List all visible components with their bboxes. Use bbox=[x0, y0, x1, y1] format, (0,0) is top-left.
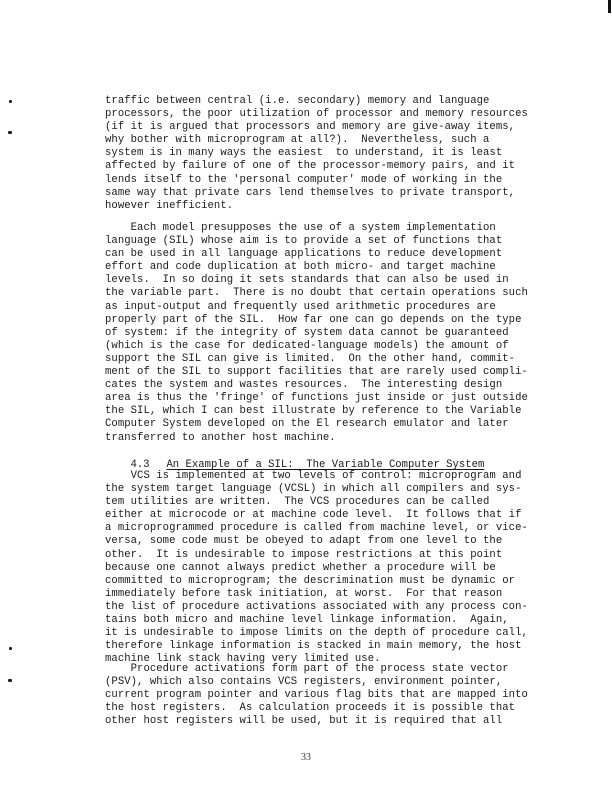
text-line: tem utilities are written. The VCS proce… bbox=[105, 496, 545, 509]
document-page: traffic between central (i.e. secondary)… bbox=[0, 0, 612, 791]
text-line: support the SIL can give is limited. On … bbox=[105, 353, 545, 366]
text-line: properly part of the SIL. How far one ca… bbox=[105, 314, 545, 327]
text-line: however inefficient. bbox=[105, 200, 545, 213]
text-line: (if it is argued that processors and mem… bbox=[105, 121, 545, 134]
page-number: 33 bbox=[0, 752, 612, 763]
text-line: the host registers. As calculation proce… bbox=[105, 702, 545, 715]
text-line: because one cannot always predict whethe… bbox=[105, 562, 545, 575]
text-line: either at microcode or at machine code l… bbox=[105, 509, 545, 522]
text-line: Procedure activations form part of the p… bbox=[105, 663, 545, 676]
text-line: effort and code duplication at both micr… bbox=[105, 261, 545, 274]
paragraph-1: traffic between central (i.e. secondary)… bbox=[105, 95, 545, 213]
text-line: of system: if the integrity of system da… bbox=[105, 327, 545, 340]
text-line: current program pointer and various flag… bbox=[105, 689, 545, 702]
text-line: why bother with microprogram at all?). N… bbox=[105, 134, 545, 147]
margin-dot-mark bbox=[9, 647, 12, 650]
text-line: transferred to another host machine. bbox=[105, 432, 545, 445]
text-line: tains both micro and machine level linka… bbox=[105, 614, 545, 627]
text-line: traffic between central (i.e. secondary)… bbox=[105, 95, 545, 108]
text-line: (which is the case for dedicated-languag… bbox=[105, 340, 545, 353]
text-line: (PSV), which also contains VCS registers… bbox=[105, 676, 545, 689]
text-line: lends itself to the 'personal computer' … bbox=[105, 174, 545, 187]
text-line: cates the system and wastes resources. T… bbox=[105, 379, 545, 392]
text-line: levels. In so doing it sets standards th… bbox=[105, 274, 545, 287]
paragraph-2: Each model presupposes the use of a syst… bbox=[105, 222, 545, 445]
text-line: other. It is undesirable to impose restr… bbox=[105, 549, 545, 562]
text-line: committed to microprogram; the descrimin… bbox=[105, 575, 545, 588]
text-line: Computer System developed on the El rese… bbox=[105, 418, 545, 431]
text-line: it is undesirable to impose limits on th… bbox=[105, 627, 545, 640]
text-line: immediately before task initiation, at w… bbox=[105, 588, 545, 601]
margin-dot-mark bbox=[9, 100, 12, 103]
text-line: affected by failure of one of the proces… bbox=[105, 160, 545, 173]
text-line: area is thus the 'fringe' of functions j… bbox=[105, 392, 545, 405]
text-line: a microprogrammed procedure is called fr… bbox=[105, 522, 545, 535]
text-line: other host registers will be used, but i… bbox=[105, 715, 545, 728]
text-line: the list of procedure activations associ… bbox=[105, 601, 545, 614]
text-line: as input-output and frequently used arit… bbox=[105, 301, 545, 314]
text-line: the variable part. There is no doubt tha… bbox=[105, 287, 545, 300]
margin-dot-mark bbox=[8, 131, 12, 134]
text-line: versa, some code must be obeyed to adapt… bbox=[105, 535, 545, 548]
text-line: Each model presupposes the use of a syst… bbox=[105, 222, 545, 235]
text-line: therefore linkage information is stacked… bbox=[105, 640, 545, 653]
text-line: language (SIL) whose aim is to provide a… bbox=[105, 235, 545, 248]
text-line: system is in many ways the easiest to un… bbox=[105, 147, 545, 160]
text-line: can be used in all language applications… bbox=[105, 248, 545, 261]
text-line: the system target language (VCSL) in whi… bbox=[105, 483, 545, 496]
text-line: same way that private cars lend themselv… bbox=[105, 187, 545, 200]
paragraph-4: Procedure activations form part of the p… bbox=[105, 663, 545, 728]
margin-dot-mark bbox=[8, 679, 12, 682]
scan-edge-mark bbox=[608, 0, 611, 13]
text-line: VCS is implemented at two levels of cont… bbox=[105, 470, 545, 483]
text-line: ment of the SIL to support facilities th… bbox=[105, 366, 545, 379]
paragraph-3: VCS is implemented at two levels of cont… bbox=[105, 470, 545, 666]
text-line: processors, the poor utilization of proc… bbox=[105, 108, 545, 121]
text-line: the SIL, which I can best illustrate by … bbox=[105, 405, 545, 418]
